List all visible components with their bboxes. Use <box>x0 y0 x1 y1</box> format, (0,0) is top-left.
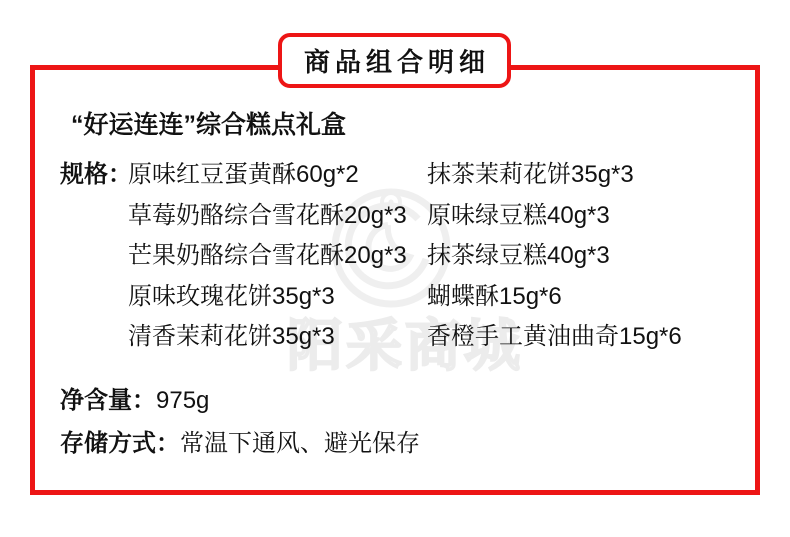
storage-label: 存储方式： <box>60 430 180 457</box>
spec-item: 草莓奶酪综合雪花酥20g*3 <box>128 201 407 230</box>
spec-item: 香橙手工黄油曲奇15g*6 <box>427 322 682 351</box>
spec-item: 原味绿豆糕40g*3 <box>427 201 610 230</box>
product-detail-card: 阳采商城 商品组合明细 “好运连连”综合糕点礼盒 规格： 原味红豆蛋黄酥60g*… <box>0 0 790 537</box>
spec-item: 蝴蝶酥15g*6 <box>427 282 562 311</box>
spec-item: 原味红豆蛋黄酥60g*2 <box>128 160 359 189</box>
spec-item: 抹茶绿豆糕40g*3 <box>427 241 610 270</box>
spec-item: 抹茶茉莉花饼35g*3 <box>427 160 634 189</box>
product-title: “好运连连”综合糕点礼盒 <box>71 111 346 140</box>
net-weight-row: 净含量：975g <box>60 386 209 415</box>
spec-item: 芒果奶酪综合雪花酥20g*3 <box>128 241 407 270</box>
section-title: 商品组合明细 <box>299 42 490 79</box>
section-title-badge: 商品组合明细 <box>278 33 511 88</box>
net-weight-value: 975g <box>156 387 209 414</box>
spec-item: 清香茉莉花饼35g*3 <box>128 322 335 351</box>
spec-item: 原味玫瑰花饼35g*3 <box>128 282 335 311</box>
storage-row: 存储方式：常温下通风、避光保存 <box>60 429 420 458</box>
spec-label: 规格： <box>60 160 132 189</box>
net-weight-label: 净含量： <box>60 387 156 414</box>
storage-value: 常温下通风、避光保存 <box>180 430 420 457</box>
